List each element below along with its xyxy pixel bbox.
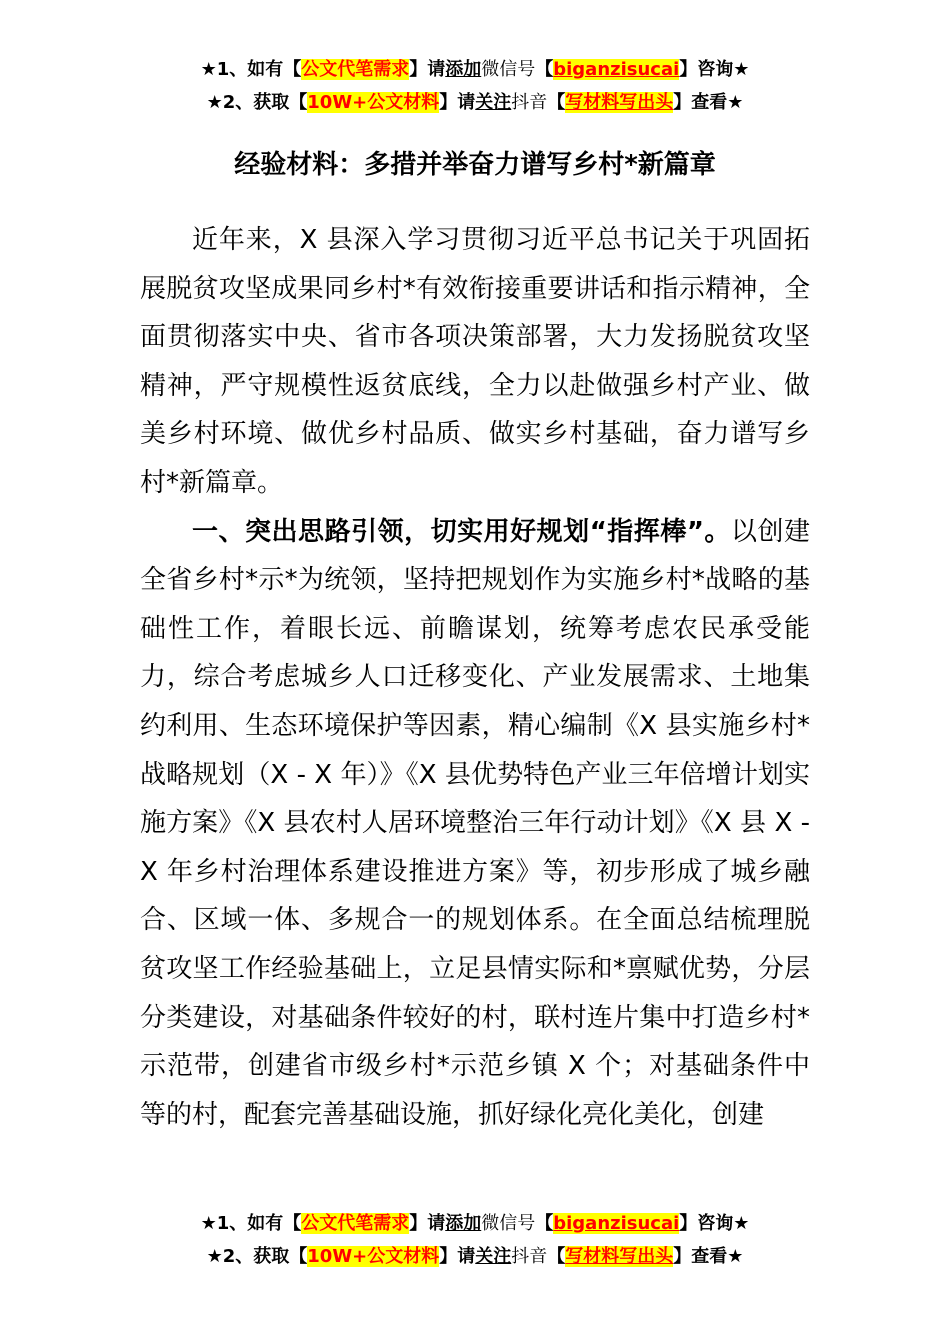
text-segment: ★2、获取【 bbox=[207, 1246, 308, 1267]
text-segment: 抖音 bbox=[511, 1246, 547, 1267]
text-segment: 添加 bbox=[445, 1213, 481, 1234]
text-segment: 写材料写出头 bbox=[565, 1246, 673, 1267]
document-title: 经验材料：多措并举奋力谱写乡村*新篇章 bbox=[0, 144, 950, 186]
text-segment: 10W+公文材料 bbox=[307, 1246, 439, 1267]
text-segment: 】咨询★ bbox=[679, 59, 749, 80]
text-segment: 以创建全省乡村*示*为统领，坚持把规划作为实施乡村*战略的基础性工作，着眼长远、… bbox=[140, 517, 810, 1130]
footer-promo-line-2: ★2、获取【10W+公文材料】请关注抖音【写材料写出头】查看★ bbox=[0, 1240, 950, 1273]
text-segment: 【 bbox=[547, 1246, 565, 1267]
text-segment: 微信号 bbox=[481, 59, 535, 80]
text-segment: biganzisucai bbox=[553, 59, 679, 80]
text-segment: 】请 bbox=[409, 59, 445, 80]
document-page: ★1、如有【公文代笔需求】请添加微信号【biganzisucai】咨询★ ★2、… bbox=[0, 0, 950, 1344]
document-body: 近年来，X 县深入学习贯彻习近平总书记关于巩固拓展脱贫攻坚成果同乡村*有效衔接重… bbox=[140, 216, 810, 1139]
text-segment: 微信号 bbox=[481, 1213, 535, 1234]
text-segment: 公文代笔需求 bbox=[301, 1213, 409, 1234]
text-segment: 关注 bbox=[475, 1246, 511, 1267]
text-segment: 】查看★ bbox=[673, 92, 743, 113]
text-segment: biganzisucai bbox=[553, 1213, 679, 1234]
text-segment: ★1、如有【 bbox=[201, 1213, 302, 1234]
text-segment: 公文代笔需求 bbox=[301, 59, 409, 80]
text-segment: 】请 bbox=[409, 1213, 445, 1234]
header-promo-line-2: ★2、获取【10W+公文材料】请关注抖音【写材料写出头】查看★ bbox=[0, 86, 950, 119]
text-segment: ★1、如有【 bbox=[201, 59, 302, 80]
text-segment: 10W+公文材料 bbox=[307, 92, 439, 113]
paragraph-intro: 近年来，X 县深入学习贯彻习近平总书记关于巩固拓展脱贫攻坚成果同乡村*有效衔接重… bbox=[140, 216, 810, 508]
text-segment: 近年来，X 县深入学习贯彻习近平总书记关于巩固拓展脱贫攻坚成果同乡村*有效衔接重… bbox=[140, 225, 810, 498]
text-segment: ★2、获取【 bbox=[207, 92, 308, 113]
text-segment: 【 bbox=[535, 1213, 553, 1234]
text-segment: 【 bbox=[535, 59, 553, 80]
text-segment: 】请 bbox=[439, 1246, 475, 1267]
header-promo-line-1: ★1、如有【公文代笔需求】请添加微信号【biganzisucai】咨询★ bbox=[0, 53, 950, 86]
footer-promo-line-1: ★1、如有【公文代笔需求】请添加微信号【biganzisucai】咨询★ bbox=[0, 1207, 950, 1240]
text-segment: 写材料写出头 bbox=[565, 92, 673, 113]
footer-promo-banner: ★1、如有【公文代笔需求】请添加微信号【biganzisucai】咨询★ ★2、… bbox=[0, 1207, 950, 1273]
text-segment: 【 bbox=[547, 92, 565, 113]
text-segment: 一、突出思路引领，切实用好规划“指挥棒”。 bbox=[192, 517, 731, 547]
text-segment: 添加 bbox=[445, 59, 481, 80]
text-segment: 】咨询★ bbox=[679, 1213, 749, 1234]
text-segment: 抖音 bbox=[511, 92, 547, 113]
text-segment: 关注 bbox=[475, 92, 511, 113]
text-segment: 】查看★ bbox=[673, 1246, 743, 1267]
header-promo-banner: ★1、如有【公文代笔需求】请添加微信号【biganzisucai】咨询★ ★2、… bbox=[0, 53, 950, 119]
text-segment: 】请 bbox=[439, 92, 475, 113]
paragraph-section-1: 一、突出思路引领，切实用好规划“指挥棒”。以创建全省乡村*示*为统领，坚持把规划… bbox=[140, 508, 810, 1140]
